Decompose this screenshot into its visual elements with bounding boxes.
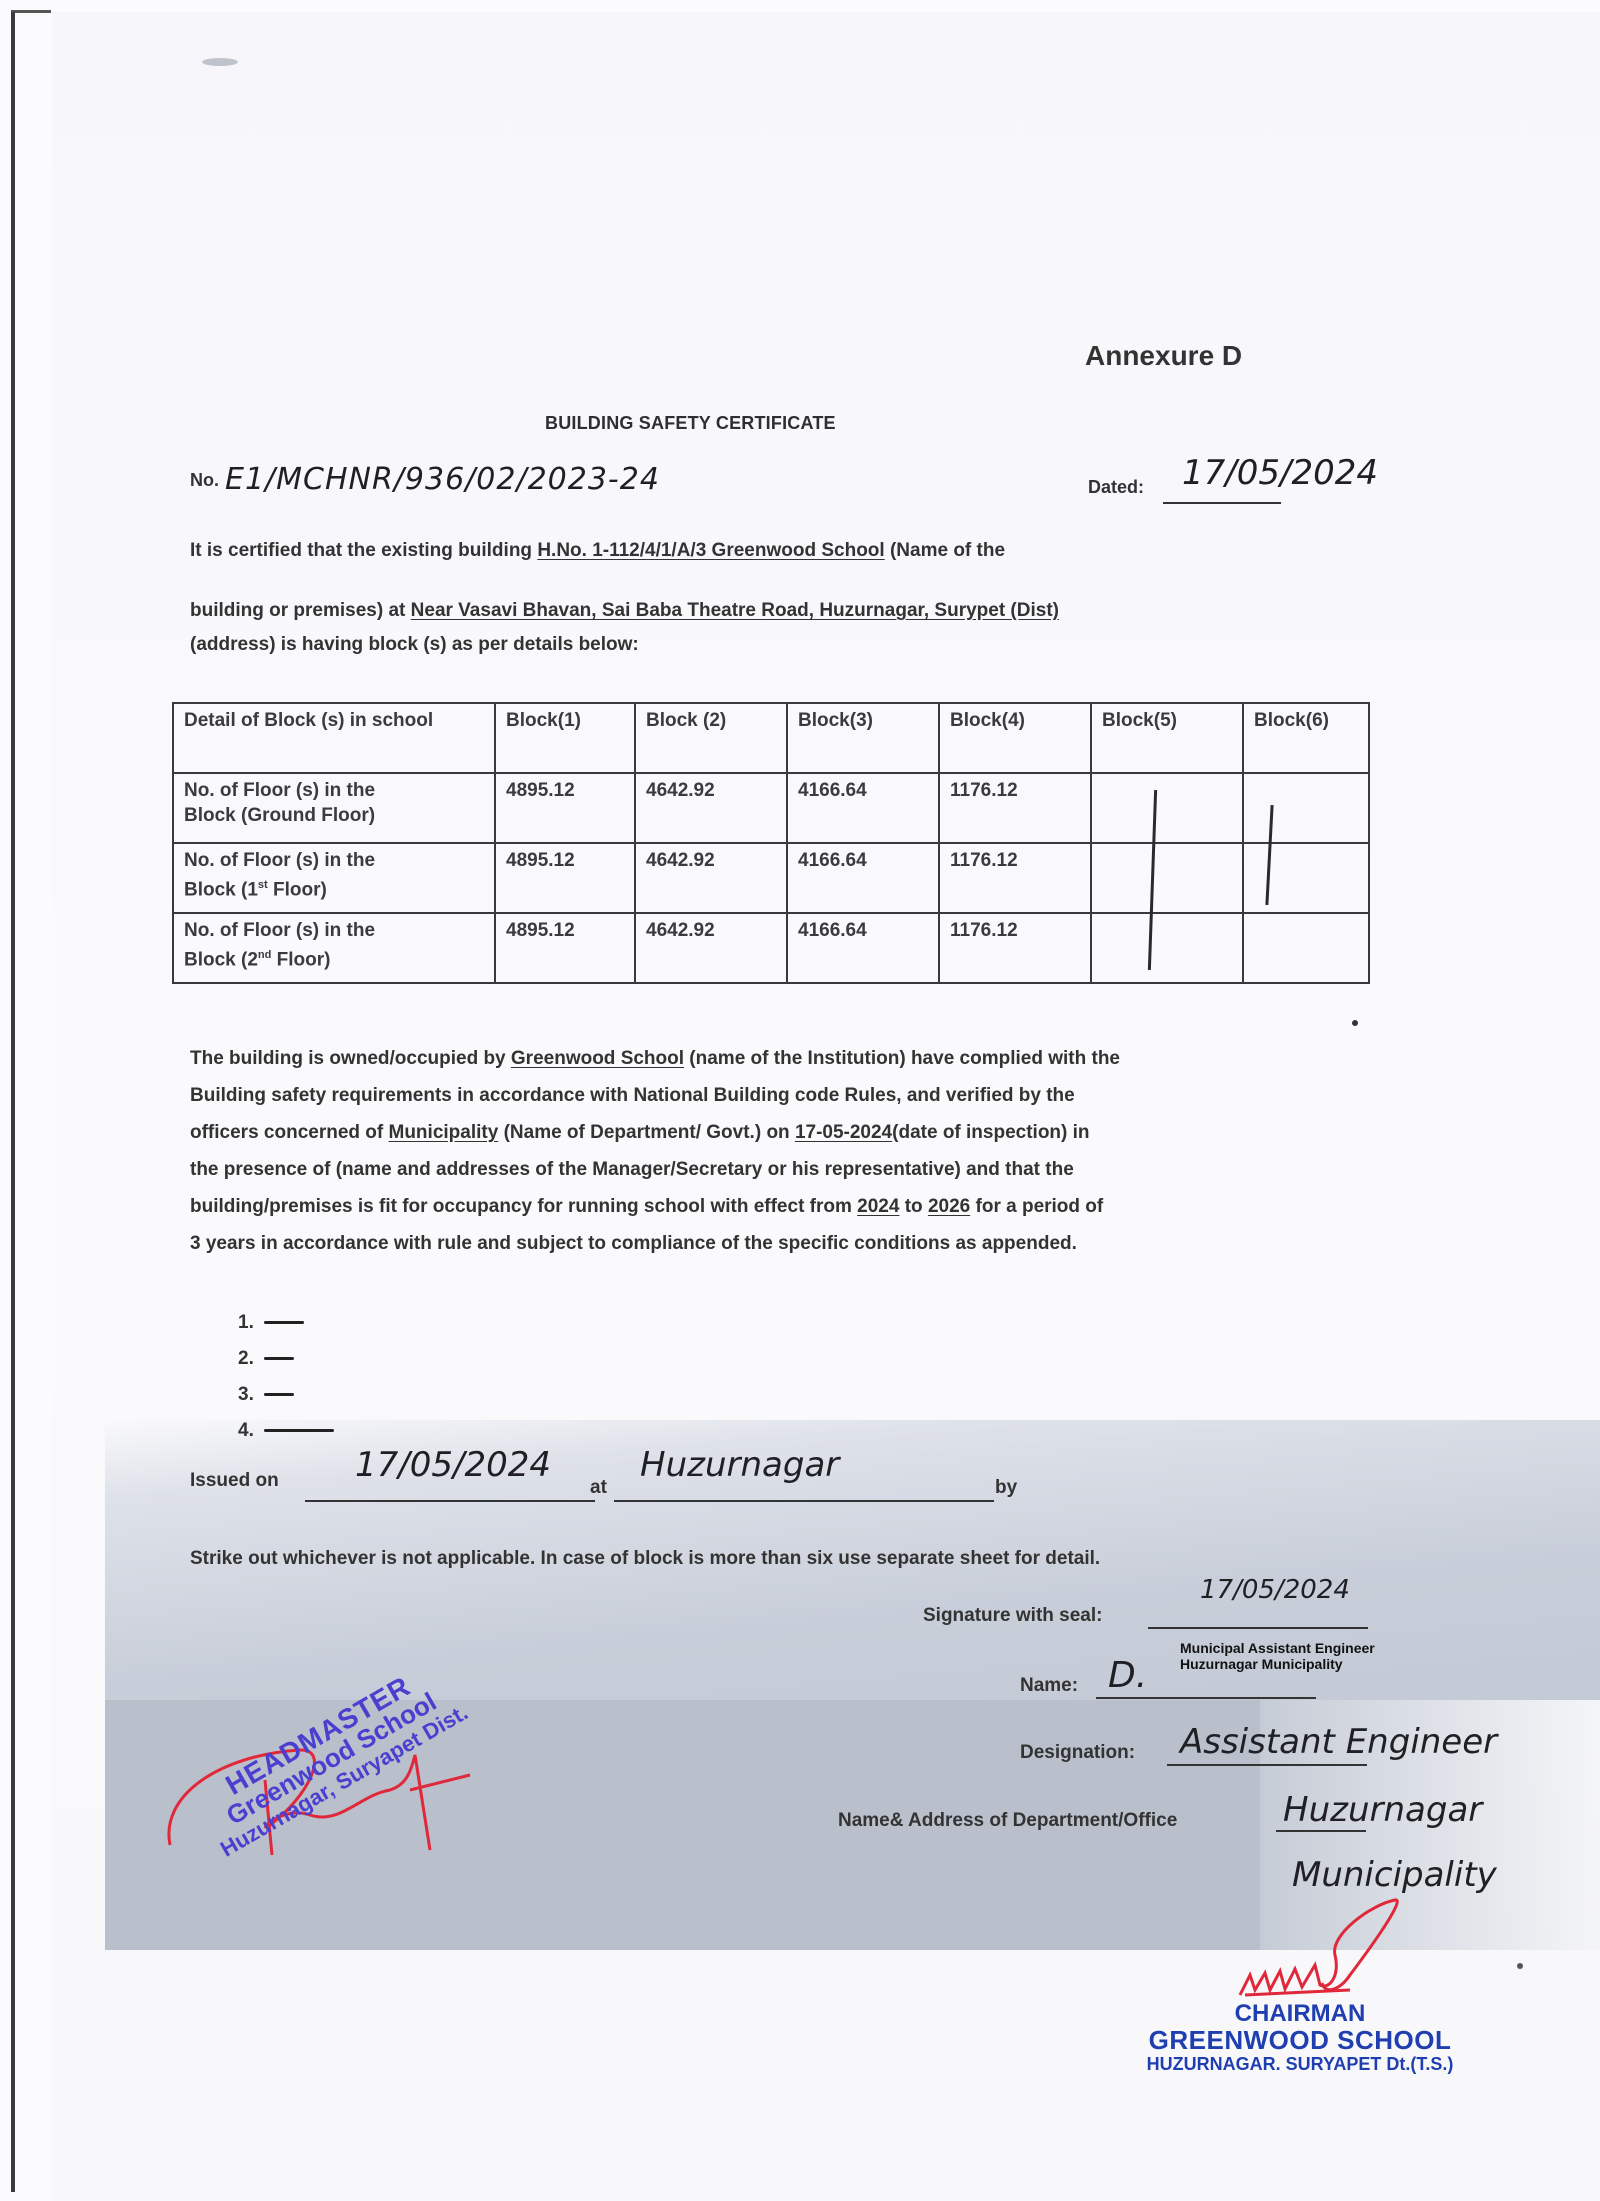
superscript: nd [258, 949, 271, 961]
issued-date: 17/05/2024 [355, 1445, 551, 1485]
strike-out-note: Strike out whichever is not applicable. … [190, 1548, 1100, 1570]
field-underline [1276, 1830, 1366, 1832]
from-year: 2024 [857, 1196, 899, 1217]
condition-item: 3. [238, 1377, 334, 1413]
table-cell: 4895.12 [495, 913, 635, 983]
table-cell: 4895.12 [495, 843, 635, 913]
table-header: Block(3) [787, 703, 939, 773]
text: The building is owned/occupied by [190, 1048, 511, 1069]
table-header: Block (2) [635, 703, 787, 773]
table-header: Block(4) [939, 703, 1091, 773]
table-header: Block(6) [1243, 703, 1369, 773]
compliance-line: The building is owned/occupied by Greenw… [190, 1040, 1120, 1077]
dated-label: Dated: [1088, 477, 1144, 498]
table-cell: 4642.92 [635, 843, 787, 913]
table-header: Block(5) [1091, 703, 1243, 773]
designation-label: Designation: [1020, 1742, 1135, 1764]
field-underline [1167, 1764, 1367, 1766]
table-cell [1243, 773, 1369, 843]
seal-line: Municipal Assistant Engineer [1180, 1640, 1375, 1656]
issued-on-label: Issued on [190, 1470, 279, 1492]
text: It is certified that the existing buildi… [190, 540, 537, 561]
scan-edge [11, 10, 51, 13]
field-underline [1096, 1697, 1316, 1699]
dash-mark [264, 1429, 334, 1432]
row-label-text: Block (Ground Floor) [184, 805, 375, 826]
row-label-text: No. of Floor (s) in the [184, 850, 375, 871]
compliance-line: officers concerned of Municipality (Name… [190, 1114, 1120, 1151]
row-label-text: Floor) [271, 949, 330, 970]
institution-name: Greenwood School [511, 1048, 684, 1069]
row-label-text: Floor) [268, 879, 327, 900]
scan-edge [11, 12, 15, 2192]
row-label: No. of Floor (s) in theBlock (Ground Flo… [173, 773, 495, 843]
name-label: Name: [1020, 1675, 1078, 1697]
table-cell: 1176.12 [939, 913, 1091, 983]
text: (name of the Institution) have complied … [684, 1048, 1120, 1069]
dash-mark [264, 1321, 304, 1324]
ink-dot [1517, 1963, 1523, 1969]
stamp-line: HUZURNAGAR. SURYAPET Dt.(T.S.) [1110, 2054, 1490, 2074]
certificate-number-label: No. [190, 470, 219, 491]
field-underline [305, 1500, 595, 1502]
issued-at-label: at [590, 1477, 607, 1499]
signature-date: 17/05/2024 [1200, 1575, 1350, 1605]
dash-mark [264, 1393, 294, 1396]
condition-number: 2. [238, 1348, 254, 1369]
row-label-text: No. of Floor (s) in the [184, 780, 375, 801]
compliance-line: Building safety requirements in accordan… [190, 1077, 1120, 1114]
table-cell: 4166.64 [787, 843, 939, 913]
table-cell: 4895.12 [495, 773, 635, 843]
dated-value: 17/05/2024 [1182, 453, 1378, 493]
department-address: Municipality [1292, 1855, 1497, 1895]
compliance-line: 3 years in accordance with rule and subj… [190, 1225, 1120, 1262]
dash-mark [264, 1357, 294, 1360]
department-address: Huzurnagar [1283, 1790, 1482, 1830]
table-cell: 4642.92 [635, 773, 787, 843]
department-name: Municipality [389, 1122, 499, 1143]
issued-place: Huzurnagar [640, 1445, 839, 1485]
field-underline [1148, 1627, 1368, 1629]
table-cell [1243, 913, 1369, 983]
chairman-signature [1230, 1895, 1430, 2005]
table-cell: 4642.92 [635, 913, 787, 983]
condition-number: 3. [238, 1384, 254, 1405]
intro-line-2: building or premises) at Near Vasavi Bha… [190, 600, 1059, 622]
signatory-designation: Assistant Engineer [1180, 1722, 1497, 1762]
building-address: Near Vasavi Bhavan, Sai Baba Theatre Roa… [411, 600, 1059, 621]
table-cell: 4166.64 [787, 913, 939, 983]
text: building/premises is fit for occupancy f… [190, 1196, 857, 1217]
table-cell [1243, 843, 1369, 913]
row-label: No. of Floor (s) in theBlock (1st Floor) [173, 843, 495, 913]
table-header: Detail of Block (s) in school [173, 703, 495, 773]
signatory-name: D. [1108, 1655, 1147, 1696]
ink-dot [1352, 1020, 1358, 1026]
superscript: st [258, 879, 268, 891]
block-details-table: Detail of Block (s) in school Block(1) B… [172, 702, 1370, 984]
certificate-title: BUILDING SAFETY CERTIFICATE [545, 413, 836, 434]
compliance-line: building/premises is fit for occupancy f… [190, 1188, 1120, 1225]
compliance-paragraph: The building is owned/occupied by Greenw… [190, 1040, 1120, 1262]
stamp-line: CHAIRMAN [1110, 2002, 1490, 2026]
intro-line-1: It is certified that the existing buildi… [190, 540, 1005, 562]
condition-item: 2. [238, 1341, 334, 1377]
text: to [899, 1196, 928, 1217]
table-row: No. of Floor (s) in theBlock (2nd Floor)… [173, 913, 1369, 983]
row-label-text: Block (2 [184, 949, 258, 970]
compliance-line: the presence of (name and addresses of t… [190, 1151, 1120, 1188]
text: (Name of the [885, 540, 1005, 561]
table-cell [1091, 843, 1243, 913]
row-label-text: Block (1 [184, 879, 258, 900]
field-underline [614, 1500, 994, 1502]
row-label: No. of Floor (s) in theBlock (2nd Floor) [173, 913, 495, 983]
signature-label: Signature with seal: [923, 1605, 1102, 1627]
annexure-label: Annexure D [1085, 340, 1242, 372]
field-underline [1163, 502, 1281, 504]
condition-number: 4. [238, 1420, 254, 1441]
table-header: Block(1) [495, 703, 635, 773]
text: building or premises) at [190, 600, 411, 621]
table-row: No. of Floor (s) in theBlock (1st Floor)… [173, 843, 1369, 913]
condition-item: 1. [238, 1305, 334, 1341]
to-year: 2026 [928, 1196, 970, 1217]
table-header-row: Detail of Block (s) in school Block(1) B… [173, 703, 1369, 773]
chairman-stamp: CHAIRMAN GREENWOOD SCHOOL HUZURNAGAR. SU… [1110, 2002, 1490, 2074]
table-cell [1091, 773, 1243, 843]
official-seal: Municipal Assistant EngineerHuzurnagar M… [1180, 1640, 1375, 1672]
text: (date of inspection) in [892, 1122, 1089, 1143]
table-cell: 1176.12 [939, 843, 1091, 913]
intro-line-3: (address) is having block (s) as per det… [190, 634, 639, 656]
conditions-list: 1. 2. 3. 4. [238, 1305, 334, 1449]
stamp-line: GREENWOOD SCHOOL [1110, 2026, 1490, 2054]
condition-item: 4. [238, 1413, 334, 1449]
table-cell: 1176.12 [939, 773, 1091, 843]
certificate-number: E1/MCHNR/936/02/2023-24 [225, 462, 660, 497]
smudge [202, 58, 238, 66]
building-name: H.No. 1-112/4/1/A/3 Greenwood School [537, 540, 884, 561]
row-label-text: No. of Floor (s) in the [184, 920, 375, 941]
condition-number: 1. [238, 1312, 254, 1333]
seal-line: Huzurnagar Municipality [1180, 1656, 1375, 1672]
department-address-label: Name& Address of Department/Office [838, 1810, 1177, 1832]
inspection-date: 17-05-2024 [795, 1122, 892, 1143]
issued-by-label: by [995, 1477, 1017, 1499]
table-row: No. of Floor (s) in theBlock (Ground Flo… [173, 773, 1369, 843]
text: (Name of Department/ Govt.) on [498, 1122, 795, 1143]
table-cell: 4166.64 [787, 773, 939, 843]
text: officers concerned of [190, 1122, 389, 1143]
table-cell [1091, 913, 1243, 983]
text: for a period of [970, 1196, 1103, 1217]
